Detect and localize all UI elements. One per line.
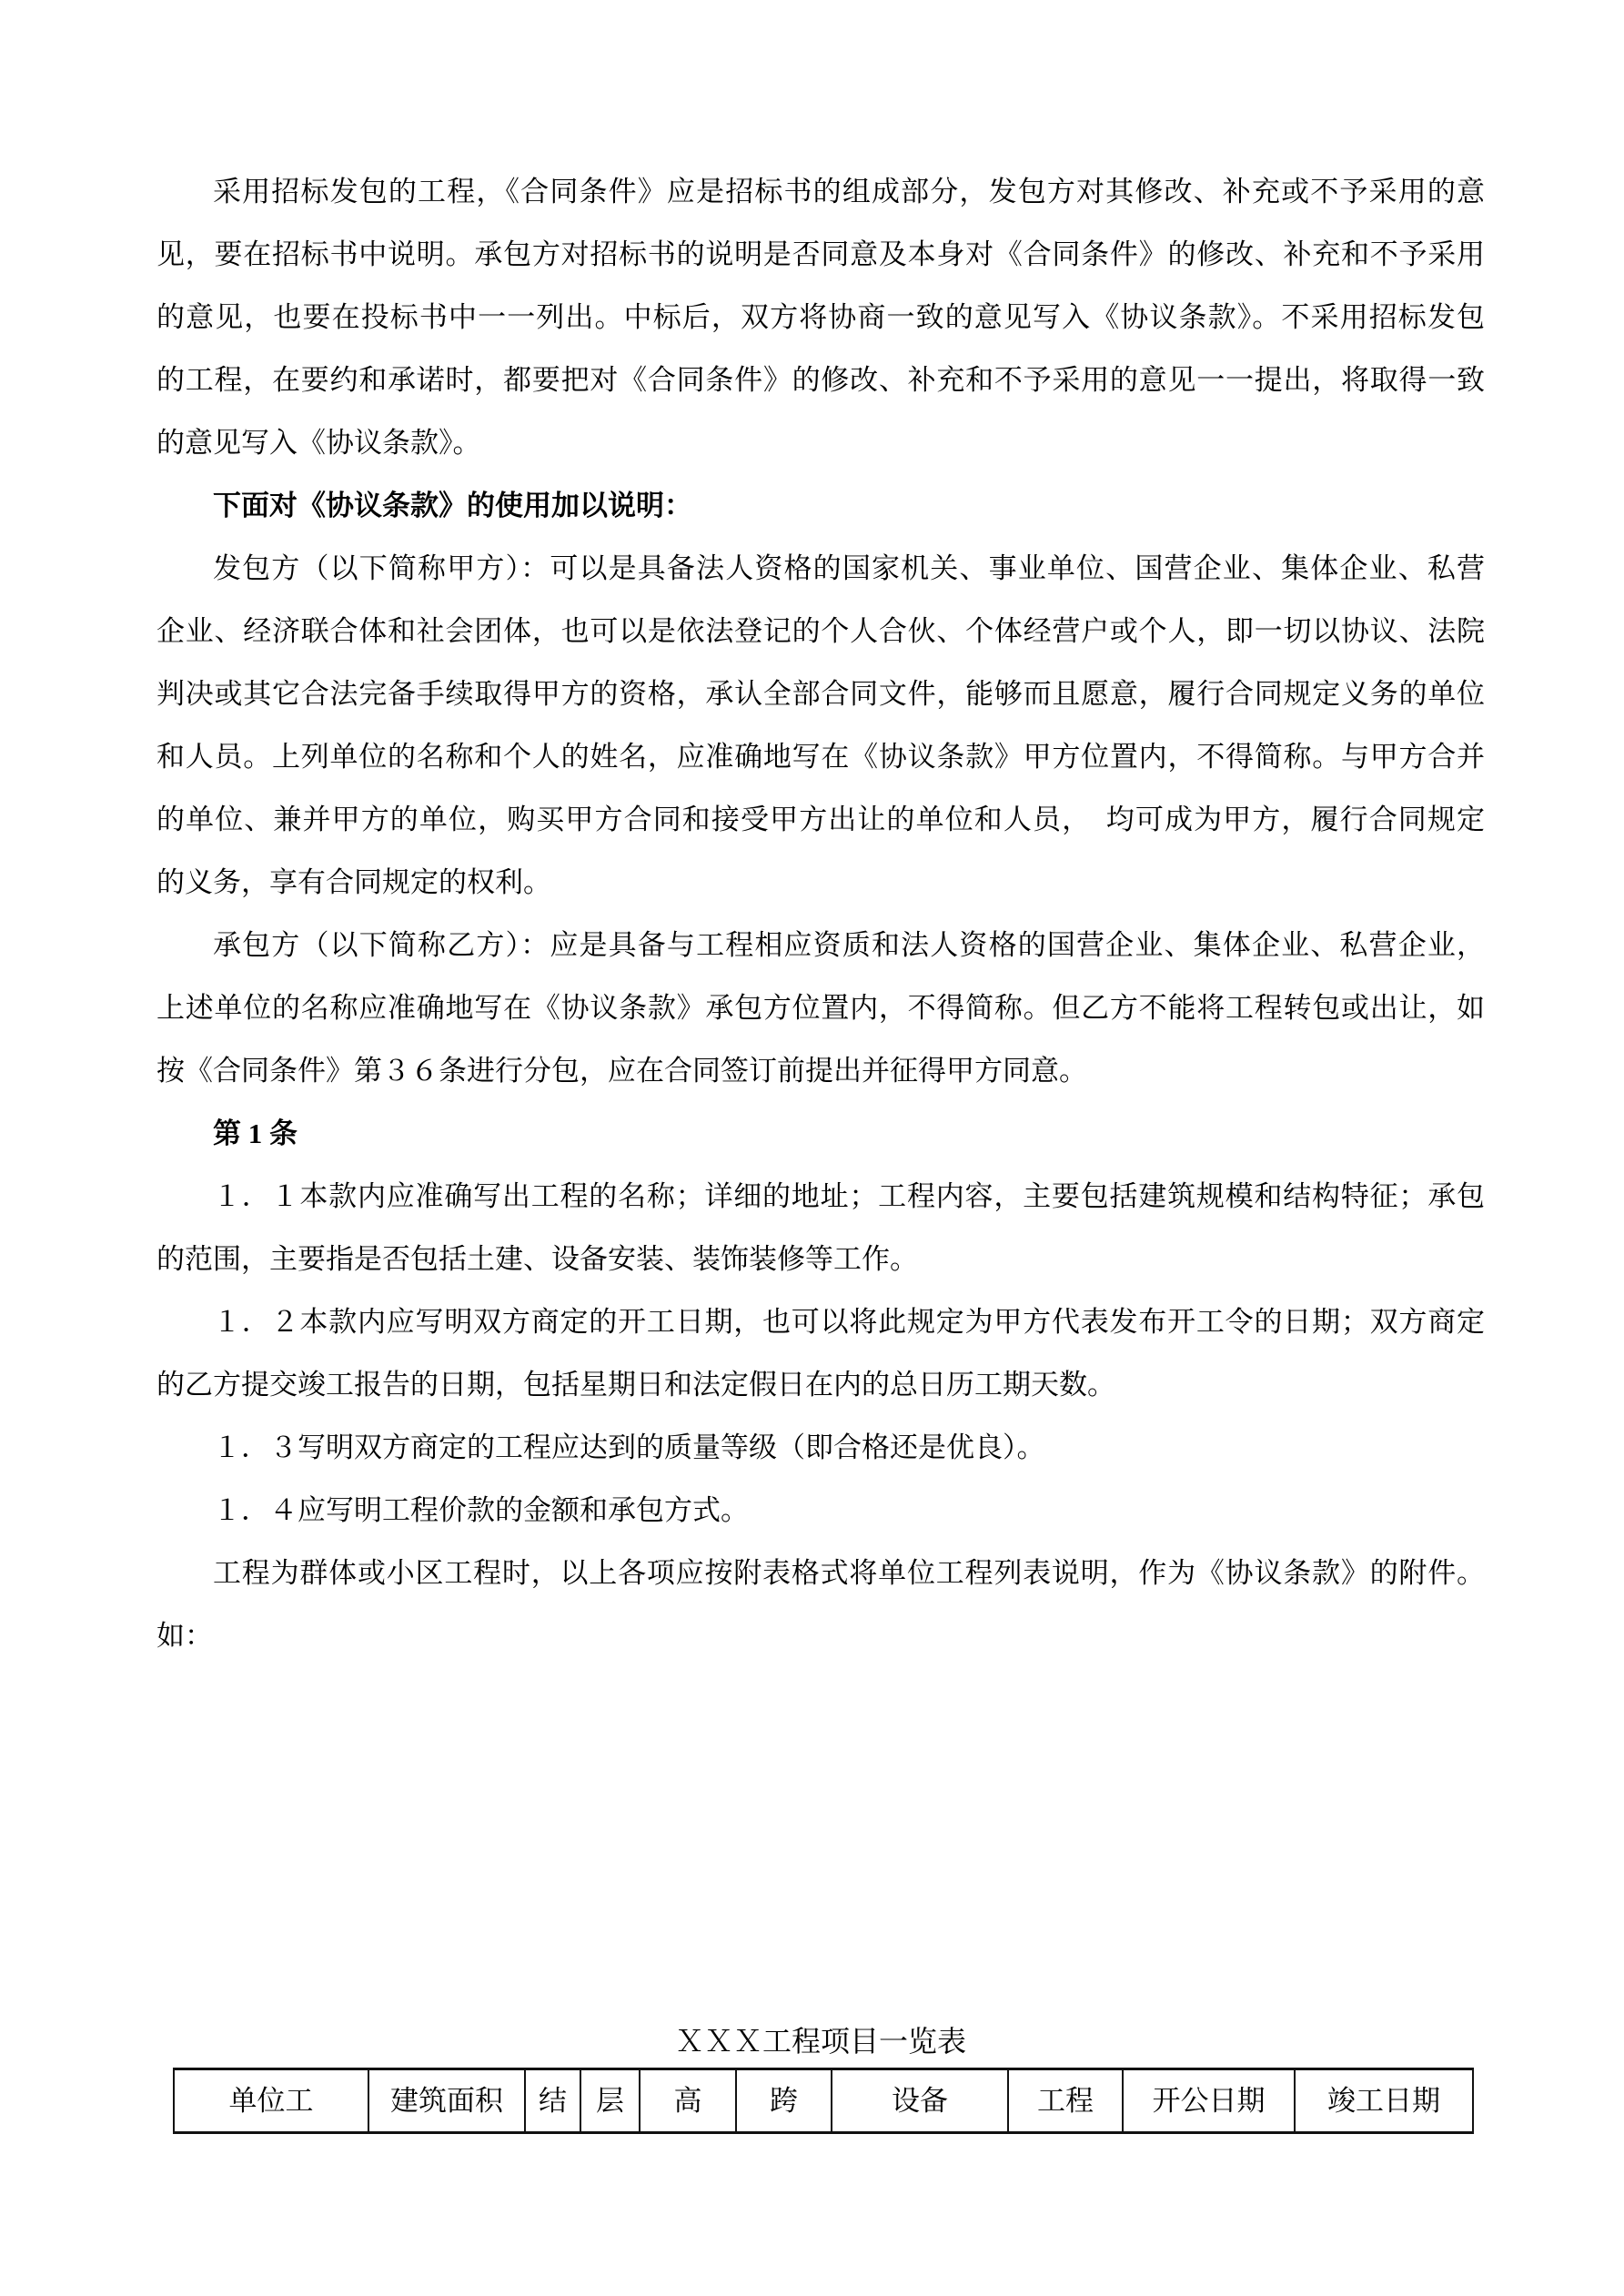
heading-line: 第 1 条 — [156, 1102, 1485, 1165]
paragraph-line: 的意见，也要在投标书中一一列出。中标后，双方将协商一致的意见写入《协议条款》。不… — [156, 286, 1485, 349]
paragraph-line: 的意见写入《协议条款》。 — [156, 411, 1485, 474]
heading-line: 下面对《协议条款》的使用加以说明： — [156, 474, 1485, 537]
paragraph-line: １．３写明双方商定的工程应达到的质量等级（即合格还是优良）。 — [156, 1416, 1485, 1479]
paragraph-line: 的工程，在要约和承诺时，都要把对《合同条件》的修改、补充和不予采用的意见一一提出… — [156, 349, 1485, 411]
table-header-cell: 跨 — [737, 2070, 832, 2131]
paragraph-line: 的乙方提交竣工报告的日期，包括星期日和法定假日在内的总日历工期天数。 — [156, 1353, 1485, 1416]
paragraph-line: 采用招标发包的工程，《合同条件》应是招标书的组成部分，发包方对其修改、补充或不予… — [156, 160, 1485, 223]
table-header-cell: 竣工日期 — [1296, 2070, 1472, 2131]
paragraph-line: 的单位、兼并甲方的单位，购买甲方合同和接受甲方出让的单位和人员， 均可成为甲方，… — [156, 788, 1485, 851]
table-title: ＸＸＸ工程项目一览表 — [156, 2020, 1485, 2062]
paragraph-line: 上述单位的名称应准确地写在《协议条款》承包方位置内，不得简称。但乙方不能将工程转… — [156, 976, 1485, 1039]
paragraph-line: １．４应写明工程价款的金额和承包方式。 — [156, 1479, 1485, 1542]
paragraph-line: 见，要在招标书中说明。承包方对招标书的说明是否同意及本身对《合同条件》的修改、补… — [156, 223, 1485, 286]
table-header-cell: 结 — [526, 2070, 581, 2131]
table-header-cell: 高 — [641, 2070, 737, 2131]
table-header-cell: 工程 — [1009, 2070, 1124, 2131]
paragraph-line: １．１本款内应准确写出工程的名称；详细的地址；工程内容，主要包括建筑规模和结构特… — [156, 1165, 1485, 1228]
paragraph-line: 发包方（以下简称甲方）：可以是具备法人资格的国家机关、事业单位、国营企业、集体企… — [156, 537, 1485, 600]
document-body: 采用招标发包的工程，《合同条件》应是招标书的组成部分，发包方对其修改、补充或不予… — [156, 160, 1485, 1667]
paragraph-line: 判决或其它合法完备手续取得甲方的资格，承认全部合同文件，能够而且愿意，履行合同规… — [156, 663, 1485, 725]
paragraph-line: 的范围，主要指是否包括土建、设备安装、装饰装修等工作。 — [156, 1228, 1485, 1290]
paragraph-line: 和人员。上列单位的名称和个人的姓名，应准确地写在《协议条款》甲方位置内，不得简称… — [156, 725, 1485, 788]
paragraph-line: １．２本款内应写明双方商定的开工日期，也可以将此规定为甲方代表发布开工令的日期；… — [156, 1290, 1485, 1353]
paragraph-line: 承包方（以下简称乙方）：应是具备与工程相应资质和法人资格的国营企业、集体企业、私… — [156, 914, 1485, 976]
paragraph-line: 如： — [156, 1604, 1485, 1667]
paragraph-line: 企业、经济联合体和社会团体，也可以是依法登记的个人合伙、个体经营户或个人，即一切… — [156, 600, 1485, 663]
paragraph-line: 工程为群体或小区工程时，以上各项应按附表格式将单位工程列表说明，作为《协议条款》… — [156, 1542, 1485, 1604]
table-header-cell: 单位工 — [175, 2070, 369, 2131]
document-page: 采用招标发包的工程，《合同条件》应是招标书的组成部分，发包方对其修改、补充或不予… — [0, 0, 1624, 2296]
table-header-cell: 设备 — [832, 2070, 1009, 2131]
table-header-cell: 建筑面积 — [369, 2070, 526, 2131]
project-table: 单位工建筑面积结层高跨设备工程开公日期竣工日期 — [173, 2068, 1474, 2134]
table-header-cell: 开公日期 — [1124, 2070, 1296, 2131]
table-header-cell: 层 — [581, 2070, 641, 2131]
paragraph-line: 按《合同条件》第３６条进行分包，应在合同签订前提出并征得甲方同意。 — [156, 1039, 1485, 1102]
paragraph-line: 的义务，享有合同规定的权利。 — [156, 851, 1485, 914]
